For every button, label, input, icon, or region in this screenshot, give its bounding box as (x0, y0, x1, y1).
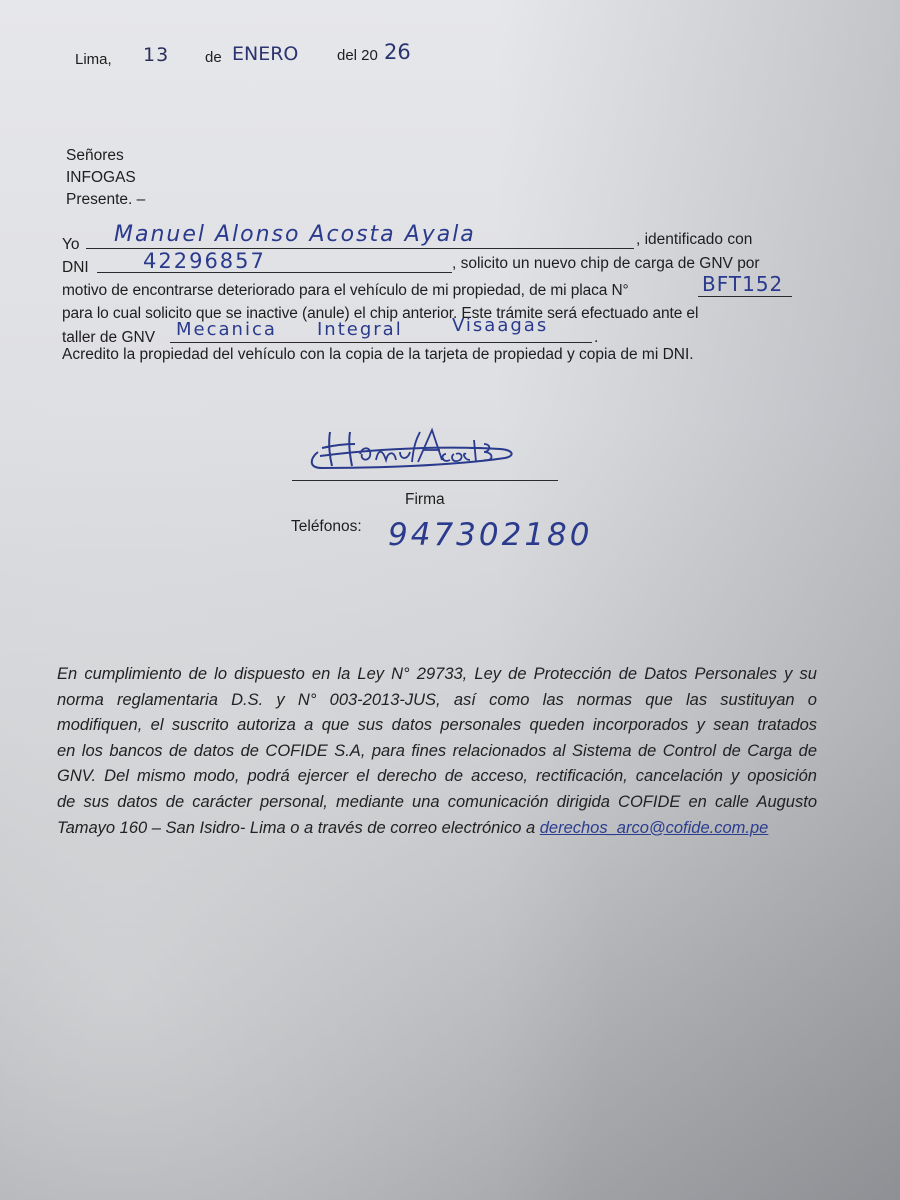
email-link[interactable]: derechos_arco@cofide.com.pe (540, 819, 769, 837)
legal-line: modifiquen, el suscrito autoriza a que s… (57, 713, 817, 739)
legal-line: norma reglamentaria D.S. y N° 003-2013-J… (57, 688, 817, 714)
taller-name-part-2: Integral (317, 321, 403, 339)
legal-last-line: Tamayo 160 – San Isidro- Lima o a través… (57, 816, 817, 842)
dni-label: DNI (62, 260, 89, 276)
legal-line: en los bancos de datos de COFIDE S.A, pa… (57, 739, 817, 765)
signature-scribble (300, 418, 530, 478)
signature-icon (300, 418, 530, 478)
recipient-line-3: Presente. – (66, 192, 145, 208)
date-day: 13 (143, 46, 169, 65)
legal-line: GNV. Del mismo modo, podrá ejercer el de… (57, 764, 817, 790)
legal-line: de sus datos de carácter personal, media… (57, 790, 817, 816)
taller-period: . (594, 330, 598, 346)
document-page: Lima, 13 de ENERO del 20 26 Señores INFO… (0, 0, 900, 1200)
signature-label: Firma (405, 492, 445, 508)
acredito-text: Acredito la propiedad del vehículo con l… (62, 347, 694, 363)
city-label: Lima, (75, 52, 112, 67)
date-month: ENERO (232, 45, 298, 64)
legal-line: En cumplimiento de lo dispuesto en la Le… (57, 662, 817, 688)
identificado-text: , identificado con (636, 232, 752, 248)
taller-label: taller de GNV (62, 330, 155, 346)
recipient-line-1: Señores (66, 148, 124, 164)
year-suffix: 26 (384, 42, 411, 63)
plate-underline (698, 296, 792, 297)
taller-name-part-1: Mecanica (176, 321, 277, 339)
de-label: de (205, 50, 222, 65)
taller-underline (170, 342, 592, 343)
solicito-text: , solicito un nuevo chip de carga de GNV… (452, 256, 760, 272)
dni-field: 42296857 (143, 251, 266, 272)
plate-field: BFT152 (702, 274, 783, 294)
recipient-line-2: INFOGAS (66, 170, 136, 186)
motivo-text: motivo de encontrarse deteriorado para e… (62, 283, 629, 299)
legal-line-text: Tamayo 160 – San Isidro- Lima o a través… (57, 819, 540, 837)
phone-label: Teléfonos: (291, 519, 362, 535)
taller-name-part-3: Visaagas (452, 317, 548, 335)
signature-line (292, 480, 558, 481)
full-name-field: Manuel Alonso Acosta Ayala (114, 224, 476, 246)
year-prefix: del 20 (337, 48, 378, 63)
yo-label: Yo (62, 237, 80, 253)
data-protection-notice: En cumplimiento de lo dispuesto en la Le… (57, 662, 817, 841)
phone-field: 947302180 (388, 520, 593, 551)
